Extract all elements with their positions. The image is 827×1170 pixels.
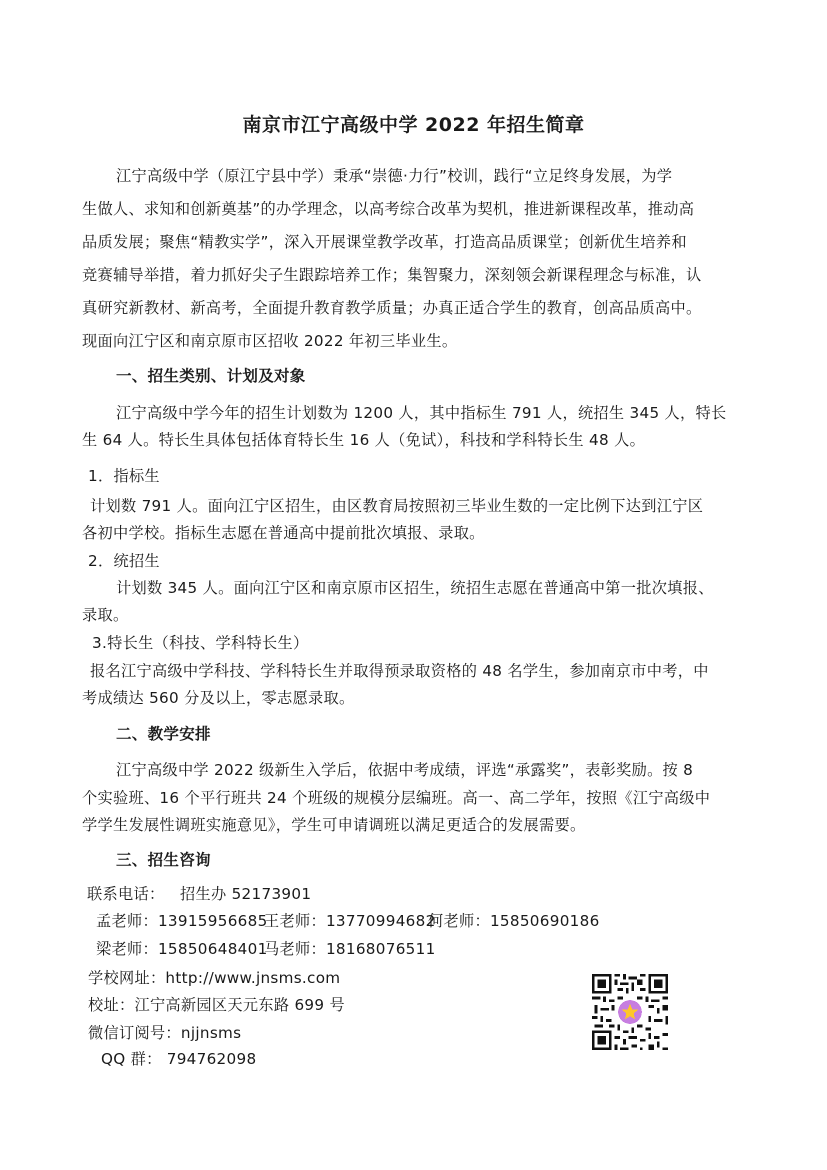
qr-code-icon	[589, 971, 671, 1053]
item-label-specialty-students: 3.特长生（科技、学科特长生）	[92, 633, 308, 653]
teacher-contact: 梁老师：15850648401	[96, 939, 268, 959]
item-text-line: 计划数 345 人。面向江宁区和南京原市区招生，统招生志愿在普通高中第一批次填报…	[116, 578, 714, 598]
qq-group: QQ 群： 794762098	[101, 1049, 256, 1069]
intro-line: 江宁高级中学（原江宁县中学）秉承“崇德·力行”校训，践行“立足终身发展，为学	[116, 166, 672, 186]
teacher-contact: 王老师：13770994682	[264, 911, 436, 931]
intro-line: 竞赛辅导举措，着力抓好尖子生跟踪培养工作；集智聚力，深刻领会新课程理念与标准，认	[82, 265, 702, 285]
office-phone: 招生办 52173901	[180, 884, 311, 904]
teacher-contact: 何老师：15850690186	[428, 911, 600, 931]
admission-brochure-page: 南京市江宁高级中学 2022 年招生简章 江宁高级中学（原江宁县中学）秉承“崇德…	[0, 0, 827, 1170]
section-heading-admission-categories: 一、招生类别、计划及对象	[116, 366, 306, 386]
section-heading-teaching-arrangement: 二、教学安排	[116, 724, 211, 744]
intro-line: 真研究新教材、新高考，全面提升教育教学质量；办真正适合学生的教育，创高品质高中。	[82, 298, 702, 318]
document-title: 南京市江宁高级中学 2022 年招生简章	[0, 112, 827, 138]
item-text-line: 考成绩达 560 分及以上，零志愿录取。	[82, 688, 354, 708]
intro-line: 现面向江宁区和南京原市区招收 2022 年初三毕业生。	[82, 331, 457, 351]
school-address: 校址：江宁高新园区天元东路 699 号	[88, 995, 345, 1015]
wechat-account: 微信订阅号：njjnsms	[88, 1023, 241, 1043]
section2-line: 个实验班、16 个平行班共 24 个班级的规模分层编班。高一、高二学年，按照《江…	[82, 788, 710, 808]
item-text-line: 报名江宁高级中学科技、学科特长生并取得预录取资格的 48 名学生，参加南京市中考…	[90, 661, 709, 681]
teacher-contact: 马老师：18168076511	[264, 939, 436, 959]
item-text-line: 录取。	[82, 605, 128, 625]
item-text-line: 各初中学校。指标生志愿在普通高中提前批次填报、录取。	[82, 523, 485, 543]
intro-line: 生做人、求知和创新奠基”的办学理念，以高考综合改革为契机，推进新课程改革，推动高	[82, 199, 694, 219]
section1-summary-line: 生 64 人。特长生具体包括体育特长生 16 人（免试），科技和学科特长生 48…	[82, 430, 645, 450]
section2-line: 江宁高级中学 2022 级新生入学后，依据中考成绩，评选“承露奖”，表彰奖励。按…	[116, 760, 693, 780]
intro-line: 品质发展；聚焦“精教实学”，深入开展课堂教学改革，打造高品质课堂；创新优生培养和	[82, 232, 687, 252]
contact-phone-label: 联系电话：	[87, 884, 164, 904]
school-website: 学校网址：http://www.jnsms.com	[88, 968, 340, 988]
teacher-contact: 孟老师：13915956685	[96, 911, 268, 931]
item-text-line: 计划数 791 人。面向江宁区招生，由区教育局按照初三毕业生数的一定比例下达到江…	[90, 496, 703, 516]
section2-line: 学学生发展性调班实施意见》，学生可申请调班以满足更适合的发展需要。	[82, 815, 586, 835]
item-label-unified-students: 2．统招生	[88, 551, 160, 571]
section1-summary-line: 江宁高级中学今年的招生计划数为 1200 人，其中指标生 791 人，统招生 3…	[116, 403, 727, 423]
item-label-quota-students: 1．指标生	[88, 466, 160, 486]
section-heading-admission-consultation: 三、招生咨询	[116, 850, 211, 870]
